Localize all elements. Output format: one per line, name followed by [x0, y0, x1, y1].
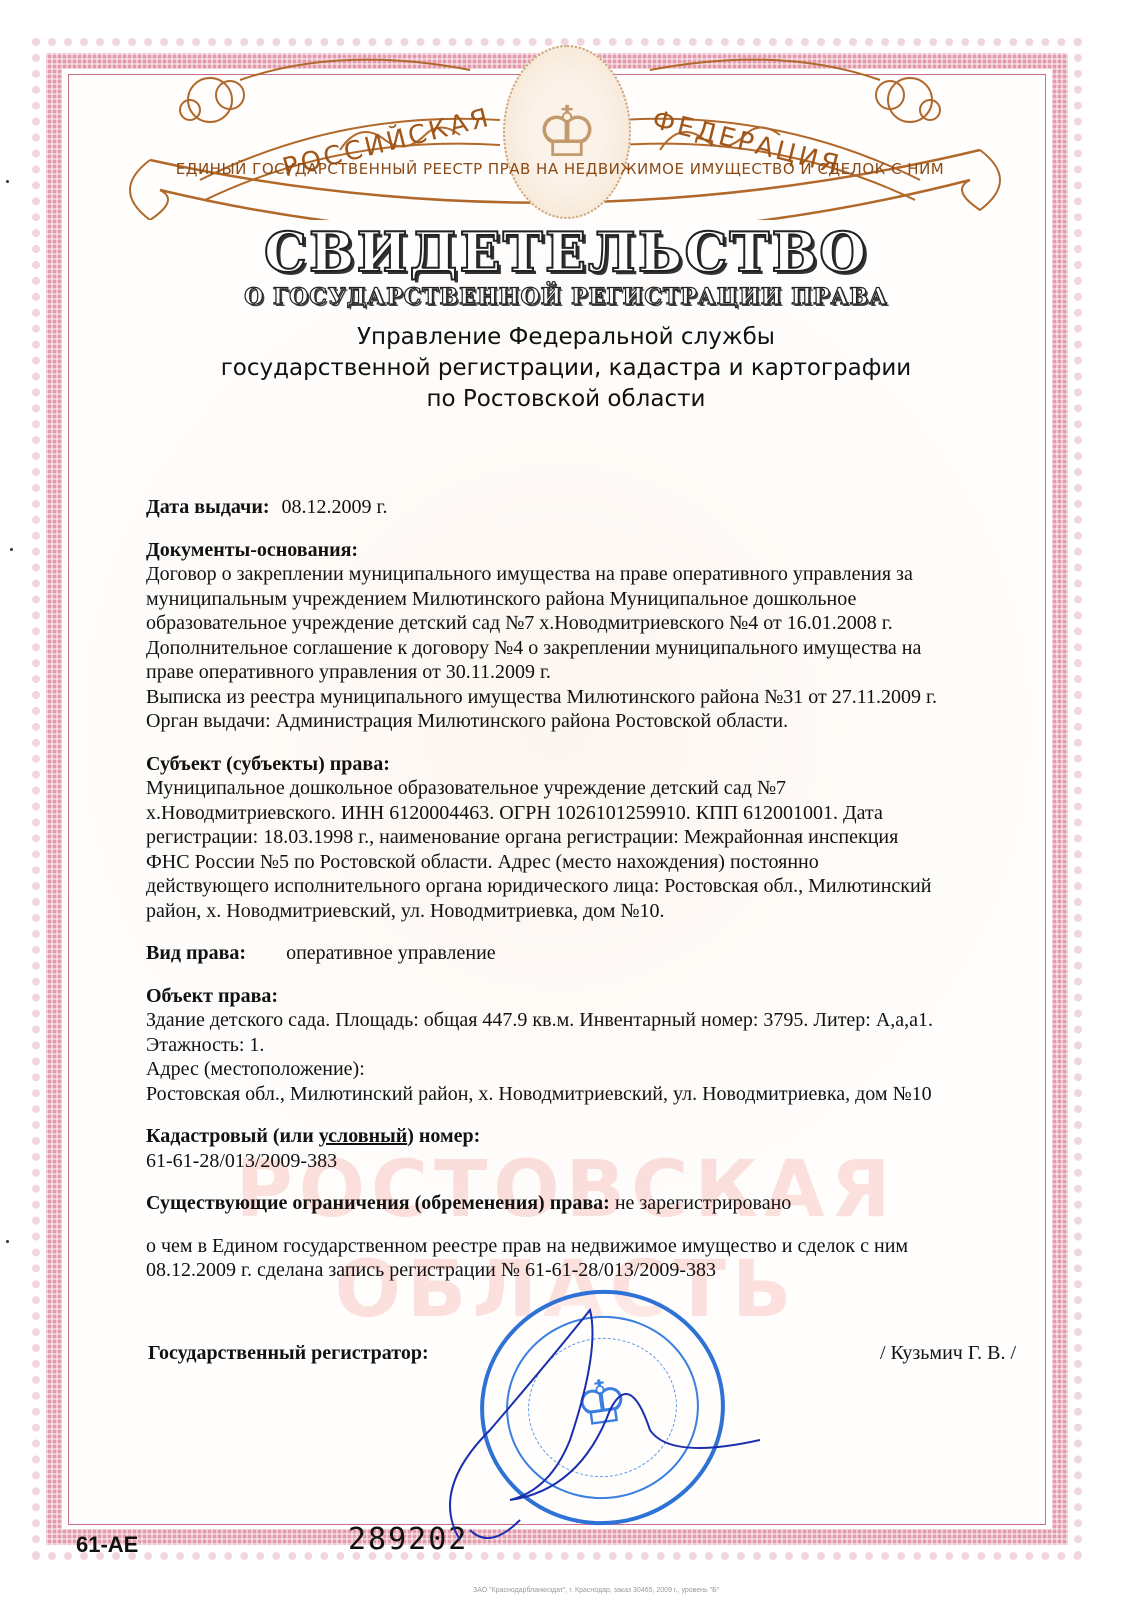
- basis-line: Орган выдачи: Администрация Милютинского…: [146, 709, 1046, 734]
- basis-line: муниципальным учреждением Милютинского р…: [146, 587, 1046, 612]
- right-type-value: оперативное управление: [286, 942, 496, 964]
- margin-speck: [10, 548, 13, 551]
- encumbrances-label: Существующие ограничения (обременения) п…: [146, 1192, 610, 1214]
- subject-line: район, х. Новодмитриевский, ул. Новодмит…: [146, 899, 1046, 924]
- object-label: Объект права:: [146, 984, 1046, 1009]
- registrar-label: Государственный регистратор:: [148, 1342, 429, 1365]
- object-line: Этажность: 1.: [146, 1033, 1046, 1058]
- encumbrances-value: не зарегистрировано: [615, 1192, 791, 1214]
- subject-section: Субъект (субъекты) права: Муниципальное …: [146, 752, 1046, 924]
- agency-line: по Ростовской области: [0, 384, 1132, 415]
- subject-line: Муниципальное дошкольное образовательное…: [146, 776, 1046, 801]
- agency-line: государственной регистрации, кадастра и …: [0, 353, 1132, 384]
- subject-line: х.Новодмитриевского. ИНН 6120004463. ОГР…: [146, 801, 1046, 826]
- record-line: 08.12.2009 г. сделана запись регистрации…: [146, 1258, 1046, 1283]
- object-line: Здание детского сада. Площадь: общая 447…: [146, 1008, 1046, 1033]
- basis-documents-section: Документы-основания: Договор о закреплен…: [146, 538, 1046, 734]
- basis-documents-label: Документы-основания:: [146, 538, 1046, 563]
- issue-date-value: 08.12.2009 г.: [282, 496, 388, 518]
- basis-line: праве оперативного управления от 30.11.2…: [146, 660, 1046, 685]
- basis-line: Дополнительное соглашение к договору №4 …: [146, 636, 1046, 661]
- basis-line: Договор о закреплении муниципального иму…: [146, 562, 1046, 587]
- basis-line: Выписка из реестра муниципального имущес…: [146, 685, 1046, 710]
- double-headed-eagle-icon: ♔: [536, 97, 599, 167]
- header-ornament: ♔ РОССИЙСКАЯ ФЕДЕРАЦИЯ ЕДИНЫЙ ГОСУДАРСТВ…: [90, 40, 1030, 220]
- certificate-subtitle: О ГОСУДАРСТВЕННОЙ РЕГИСТРАЦИИ ПРАВА: [0, 284, 1132, 310]
- agency-line: Управление Федеральной службы: [0, 322, 1132, 353]
- cadastral-section: Кадастровый (или условный) номер: 61-61-…: [146, 1124, 1046, 1173]
- issue-date: Дата выдачи:08.12.2009 г.: [146, 495, 1046, 520]
- object-line: Ростовская обл., Милютинский район, х. Н…: [146, 1082, 1046, 1107]
- basis-line: образовательное учреждение детский сад №…: [146, 611, 1046, 636]
- object-line: Адрес (местоположение):: [146, 1057, 1046, 1082]
- certificate-body: Дата выдачи:08.12.2009 г. Документы-осно…: [146, 495, 1046, 1283]
- signature-icon: [430, 1290, 760, 1550]
- encumbrances: Существующие ограничения (обременения) п…: [146, 1191, 1046, 1216]
- cadastral-label: Кадастровый (или условный) номер:: [146, 1124, 1046, 1149]
- margin-speck: [6, 180, 9, 183]
- right-type: Вид права:оперативное управление: [146, 941, 1046, 966]
- subject-label: Субъект (субъекты) права:: [146, 752, 1046, 777]
- issuing-agency: Управление Федеральной службы государств…: [0, 322, 1132, 415]
- object-section: Объект права: Здание детского сада. Площ…: [146, 984, 1046, 1107]
- emblem-oval: ♔: [503, 45, 631, 219]
- right-type-label: Вид права:: [146, 942, 246, 964]
- issue-date-label: Дата выдачи:: [146, 496, 270, 518]
- ribbon-registry-subtitle: ЕДИНЫЙ ГОСУДАРСТВЕННЫЙ РЕЕСТР ПРАВ НА НЕ…: [90, 160, 1030, 178]
- subject-line: регистрации: 18.03.1998 г., наименование…: [146, 825, 1046, 850]
- certificate-title: СВИДЕТЕЛЬСТВО: [0, 220, 1132, 284]
- subject-line: ФНС России №5 по Ростовской области. Адр…: [146, 850, 1046, 875]
- subject-line: действующего исполнительного органа юрид…: [146, 874, 1046, 899]
- printer-imprint: ЗАО "Краснодарбланкиздат", г. Краснодар,…: [473, 1587, 719, 1594]
- registry-record: о чем в Едином государственном реестре п…: [146, 1234, 1046, 1283]
- form-series: 61-АЕ: [76, 1532, 138, 1558]
- cadastral-number: 61-61-28/013/2009-383: [146, 1149, 1046, 1174]
- record-line: о чем в Едином государственном реестре п…: [146, 1234, 1046, 1259]
- registrar-name: / Кузьмич Г. В. /: [880, 1342, 1016, 1365]
